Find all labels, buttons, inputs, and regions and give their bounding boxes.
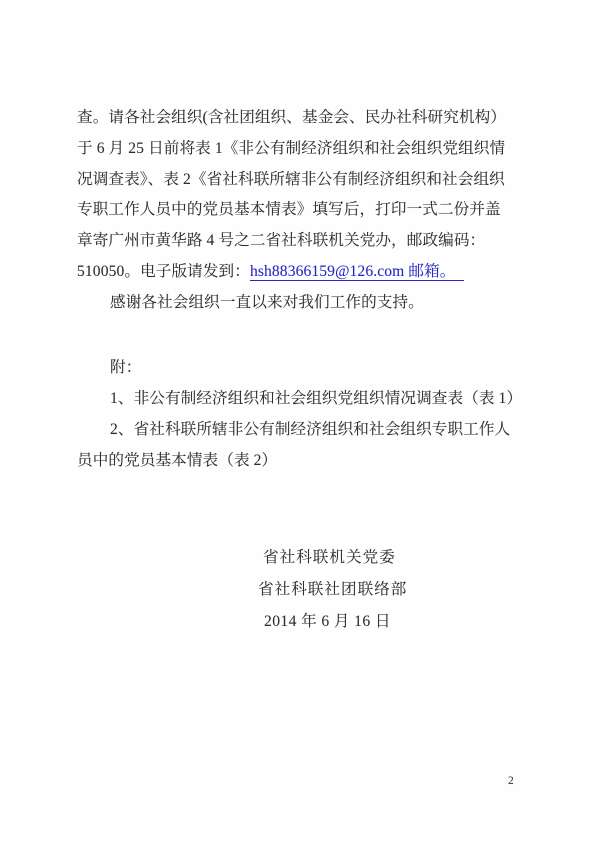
signature-date: 2014 年 6 月 16 日 bbox=[264, 606, 407, 638]
body-line-3: 况调查表》、表 2《省社科联所辖非公有制经济组织和社会组织 bbox=[77, 165, 525, 196]
body-line-4: 专职工作人员中的党员基本情表》填写后，打印一式二份并盖 bbox=[77, 195, 525, 226]
signature-org-1: 省社科联机关党委 bbox=[263, 542, 407, 574]
attachment-item-2-continuation: 员中的党员基本情表（表 2） bbox=[77, 445, 525, 476]
body-line-1: 查。请各社会组织(含社团组织、基金会、民办社科研究机构） bbox=[77, 103, 525, 134]
document-page: 查。请各社会组织(含社团组织、基金会、民办社科研究机构） 于 6 月 25 日前… bbox=[0, 0, 596, 842]
notice-body: 查。请各社会组织(含社团组织、基金会、民办社科研究机构） 于 6 月 25 日前… bbox=[77, 103, 525, 319]
attachment-item-2: 2、省社科联所辖非公有制经济组织和社会组织专职工作人 bbox=[77, 414, 525, 445]
attachment-section: 附： 1、非公有制经济组织和社会组织党组织情况调查表（表 1） 2、省社科联所辖… bbox=[77, 352, 525, 476]
page-number: 2 bbox=[508, 775, 514, 787]
attachment-heading: 附： bbox=[77, 352, 525, 383]
body-line-2: 于 6 月 25 日前将表 1《非公有制经济组织和社会组织党组织情 bbox=[77, 134, 525, 165]
signature-block: 省社科联机关党委 省社科联社团联络部 2014 年 6 月 16 日 bbox=[258, 542, 407, 638]
email-line-prefix: 510050。电子版请发到： bbox=[77, 263, 250, 280]
body-line-5: 章寄广州市黄华路 4 号之二省社科联机关党办，邮政编码： bbox=[77, 226, 525, 257]
attachment-item-1: 1、非公有制经济组织和社会组织党组织情况调查表（表 1） bbox=[77, 383, 525, 414]
signature-org-2: 省社科联社团联络部 bbox=[258, 574, 407, 606]
body-line-email: 510050。电子版请发到：hsh88366159@126.com 邮箱。 bbox=[77, 257, 525, 288]
thanks-line: 感谢各社会组织一直以来对我们工作的支持。 bbox=[77, 288, 525, 319]
email-link[interactable]: hsh88366159@126.com 邮箱。 bbox=[250, 263, 465, 281]
